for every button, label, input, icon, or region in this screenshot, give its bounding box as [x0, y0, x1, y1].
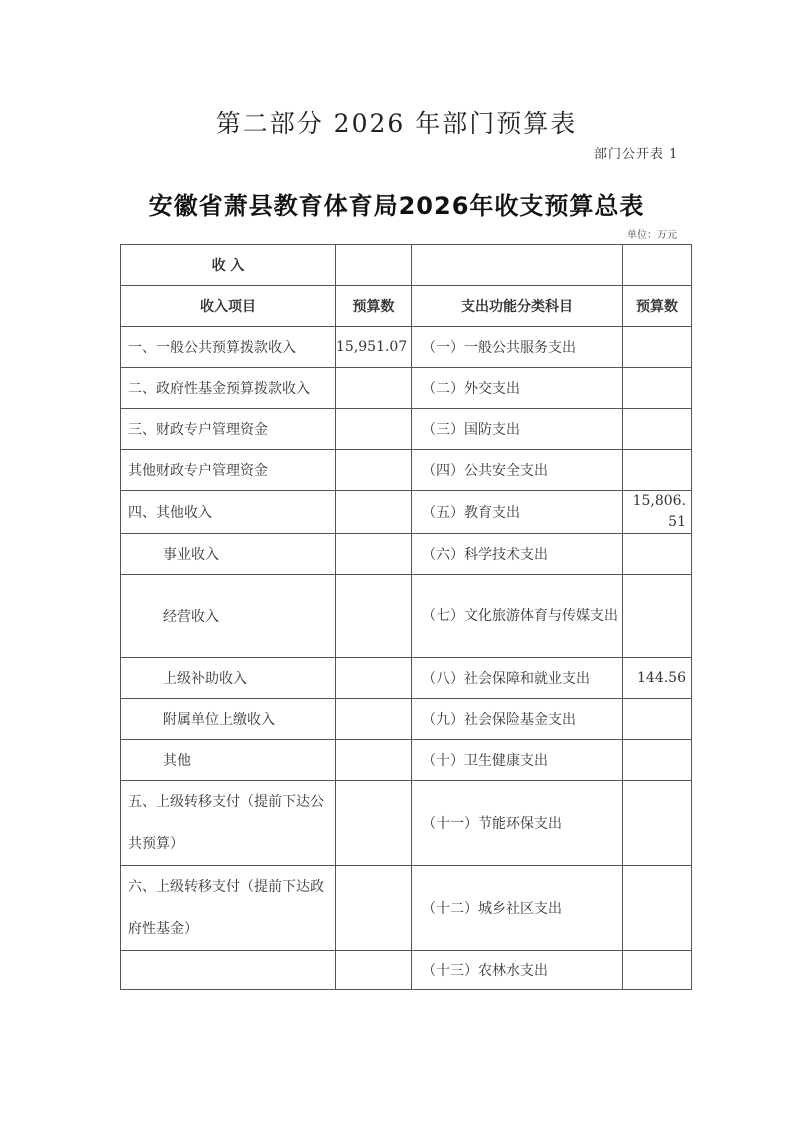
income-item [121, 951, 336, 990]
income-item: 六、上级转移支付（提前下达政府性基金） [121, 866, 336, 951]
expense-item: （八）社会保障和就业支出 [412, 658, 623, 699]
income-amount: 15,951.07 [336, 327, 412, 368]
table-row: 其他 （十）卫生健康支出 [121, 740, 692, 781]
table-row: 四、其他收入 （五）教育支出 15,806.51 [121, 491, 692, 534]
income-item: 其他 [121, 740, 336, 781]
income-section-header: 收 入 [121, 245, 336, 286]
table-row: 五、上级转移支付（提前下达公共预算） （十一）节能环保支出 [121, 781, 692, 866]
unit-label: 单位：万元 [627, 226, 677, 241]
col-header-income-amount: 预算数 [336, 286, 412, 327]
table-row: 一、一般公共预算拨款收入 15,951.07 （一）一般公共服务支出 [121, 327, 692, 368]
income-amount [336, 450, 412, 491]
income-item: 其他财政专户管理资金 [121, 450, 336, 491]
table-row: 六、上级转移支付（提前下达政府性基金） （十二）城乡社区支出 [121, 866, 692, 951]
table-row: 二、政府性基金预算拨款收入 （二）外交支出 [121, 368, 692, 409]
expense-amount [623, 699, 692, 740]
income-item: 一、一般公共预算拨款收入 [121, 327, 336, 368]
income-amount [336, 491, 412, 534]
income-item: 附属单位上缴收入 [121, 699, 336, 740]
expense-item: （七）文化旅游体育与传媒支出 [412, 575, 623, 658]
expense-amount [623, 781, 692, 866]
table-row: 其他财政专户管理资金 （四）公共安全支出 [121, 450, 692, 491]
income-amount [336, 951, 412, 990]
table-number: 部门公开表 1 [594, 143, 678, 162]
income-item: 三、财政专户管理资金 [121, 409, 336, 450]
expense-amount [623, 575, 692, 658]
expense-item: （十一）节能环保支出 [412, 781, 623, 866]
expense-amount [623, 409, 692, 450]
expense-amount: 15,806.51 [623, 491, 692, 534]
expense-item: （十三）农林水支出 [412, 951, 623, 990]
table-row: 经营收入 （七）文化旅游体育与传媒支出 [121, 575, 692, 658]
table-header-row: 收入项目 预算数 支出功能分类科目 预算数 [121, 286, 692, 327]
income-item: 五、上级转移支付（提前下达公共预算） [121, 781, 336, 866]
table-row: 三、财政专户管理资金 （三）国防支出 [121, 409, 692, 450]
expense-amount [623, 740, 692, 781]
expense-amount [623, 368, 692, 409]
empty-cell [623, 245, 692, 286]
table-row: 上级补助收入 （八）社会保障和就业支出 144.56 [121, 658, 692, 699]
expense-amount [623, 534, 692, 575]
income-item: 四、其他收入 [121, 491, 336, 534]
col-header-income-item: 收入项目 [121, 286, 336, 327]
income-amount [336, 368, 412, 409]
expense-item: （二）外交支出 [412, 368, 623, 409]
income-amount [336, 534, 412, 575]
expense-item: （六）科学技术支出 [412, 534, 623, 575]
income-amount [336, 699, 412, 740]
expense-item: （五）教育支出 [412, 491, 623, 534]
expense-item: （九）社会保险基金支出 [412, 699, 623, 740]
table-row: 事业收入 （六）科学技术支出 [121, 534, 692, 575]
table-row: 附属单位上缴收入 （九）社会保险基金支出 [121, 699, 692, 740]
income-amount [336, 866, 412, 951]
expense-item: （十二）城乡社区支出 [412, 866, 623, 951]
part-title: 第二部分 2026 年部门预算表 [0, 104, 793, 140]
expense-item: （四）公共安全支出 [412, 450, 623, 491]
expense-amount [623, 450, 692, 491]
expense-amount: 144.56 [623, 658, 692, 699]
income-amount [336, 740, 412, 781]
expense-item: （十）卫生健康支出 [412, 740, 623, 781]
income-item: 上级补助收入 [121, 658, 336, 699]
expense-item: （三）国防支出 [412, 409, 623, 450]
expense-amount-text: 15,806.51 [624, 491, 686, 533]
expense-amount [623, 951, 692, 990]
income-item: 事业收入 [121, 534, 336, 575]
expense-amount [623, 866, 692, 951]
empty-cell [412, 245, 623, 286]
budget-summary-table: 收 入 收入项目 预算数 支出功能分类科目 预算数 一、一般公共预算拨款收入 1… [120, 244, 692, 990]
income-amount [336, 781, 412, 866]
income-amount [336, 575, 412, 658]
expense-item: （一）一般公共服务支出 [412, 327, 623, 368]
income-item: 经营收入 [121, 575, 336, 658]
table-top-header-row: 收 入 [121, 245, 692, 286]
table-row: （十三）农林水支出 [121, 951, 692, 990]
income-amount [336, 658, 412, 699]
col-header-expense-category: 支出功能分类科目 [412, 286, 623, 327]
col-header-expense-amount: 预算数 [623, 286, 692, 327]
page-title: 安徽省萧县教育体育局2026年收支预算总表 [0, 186, 793, 221]
income-item: 二、政府性基金预算拨款收入 [121, 368, 336, 409]
empty-cell [336, 245, 412, 286]
expense-amount [623, 327, 692, 368]
income-amount [336, 409, 412, 450]
